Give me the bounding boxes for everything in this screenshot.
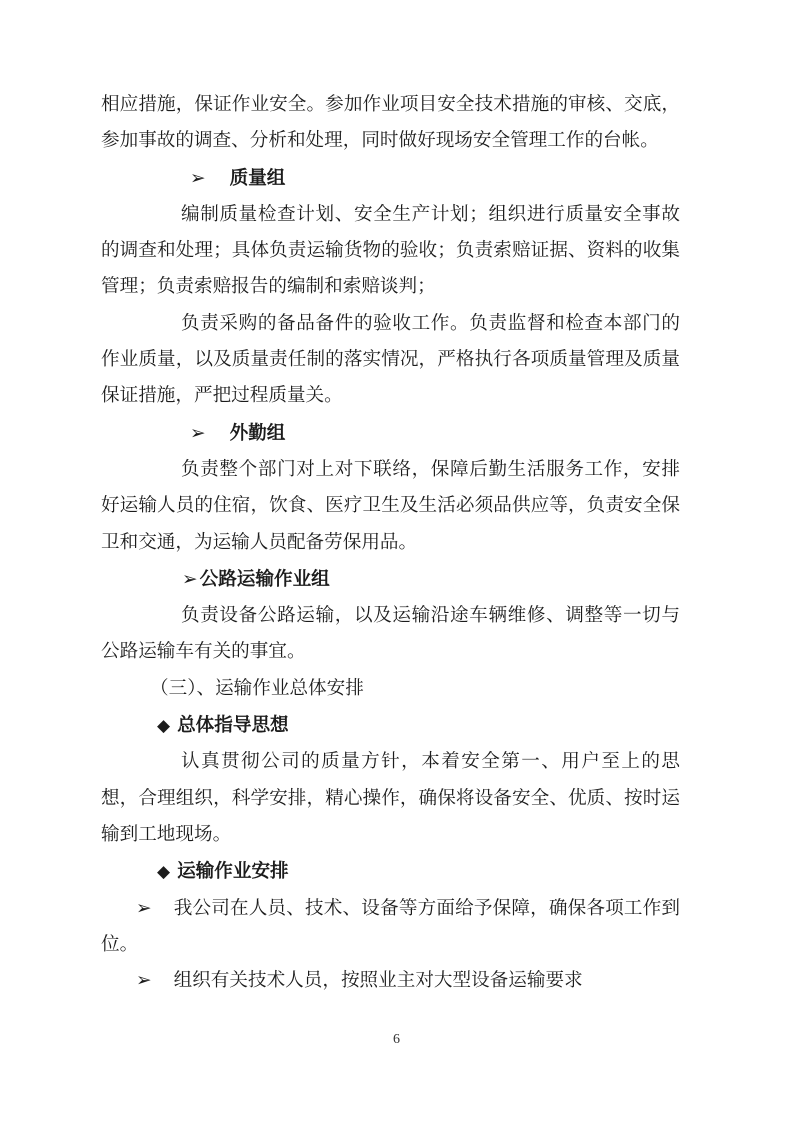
heading-transport-arrangement: ◆运输作业安排 [101,853,680,890]
paragraph-guiding-ideology: 认真贯彻公司的质量方针，本着安全第一、用户至上的思想，合理组织，科学安排，精心操… [101,744,680,853]
arrow-bullet-icon: ➢ [136,898,152,919]
list-item-guarantee: ➢我公司在人员、技术、设备等方面给予保障，确保各项工作到位。 [101,891,680,964]
arrow-bullet-icon: ➢ [182,569,198,590]
paragraph-text: 负责整个部门对上对下联络，保障后勤生活服务工作，安排好运输人员的住宿，饮食、医疗… [101,459,680,553]
paragraph-road-duties: 负责设备公路运输，以及运输沿途车辆维修、调整等一切与公路运输车有关的事宜。 [101,598,680,671]
paragraph-safety-continuation: 相应措施，保证作业安全。参加作业项目安全技术措施的审核、交底，参加事故的调查、分… [101,87,680,160]
heading-quality-group: ➢质量组 [101,160,680,197]
paragraph-text: 认真贯彻公司的质量方针，本着安全第一、用户至上的思想，合理组织，科学安排，精心操… [101,751,680,845]
heading-road-transport-group: ➢公路运输作业组 [101,561,680,598]
arrow-bullet-icon: ➢ [190,168,206,189]
paragraph-quality-duties-1: 编制质量检查计划、安全生产计划；组织进行质量安全事故的调查和处理；具体负责运输货… [101,197,680,306]
heading-text: 质量组 [230,167,286,188]
paragraph-text: 相应措施，保证作业安全。参加作业项目安全技术措施的审核、交底，参加事故的调查、分… [101,94,680,151]
paragraph-field-duties: 负责整个部门对上对下联络，保障后勤生活服务工作，安排好运输人员的住宿，饮食、医疗… [101,452,680,561]
heading-text: （三）、运输作业总体安排 [150,678,364,699]
paragraph-quality-duties-2: 负责采购的备品备件的验收工作。负责监督和检查本部门的作业质量，以及质量责任制的落… [101,306,680,415]
heading-field-group: ➢外勤组 [101,415,680,452]
arrow-bullet-icon: ➢ [190,423,206,444]
document-body: 相应措施，保证作业安全。参加作业项目安全技术措施的审核、交底，参加事故的调查、分… [101,87,680,999]
list-item-text: 组织有关技术人员，按照业主对大型设备运输要求 [174,970,583,991]
diamond-bullet-icon: ◆ [157,862,170,882]
paragraph-text: 编制质量检查计划、安全生产计划；组织进行质量安全事故的调查和处理；具体负责运输货… [101,204,680,298]
arrow-bullet-icon: ➢ [136,970,152,991]
document-page: 相应措施，保证作业安全。参加作业项目安全技术措施的审核、交底，参加事故的调查、分… [0,0,793,1122]
page-number: 6 [0,1031,793,1049]
heading-text: 运输作业安排 [177,860,289,881]
heading-text: 总体指导思想 [177,714,289,735]
paragraph-text: 负责设备公路运输，以及运输沿途车辆维修、调整等一切与公路运输车有关的事宜。 [101,605,680,662]
heading-section-three: （三）、运输作业总体安排 [101,671,680,707]
paragraph-text: 负责采购的备品备件的验收工作。负责监督和检查本部门的作业质量，以及质量责任制的落… [101,313,680,407]
list-item-organize: ➢组织有关技术人员，按照业主对大型设备运输要求 [101,963,680,999]
heading-text: 外勤组 [230,422,286,443]
heading-text: 公路运输作业组 [200,568,330,589]
diamond-bullet-icon: ◆ [157,716,170,736]
heading-guiding-ideology: ◆总体指导思想 [101,707,680,744]
list-item-text: 我公司在人员、技术、设备等方面给予保障，确保各项工作到位。 [101,898,680,955]
